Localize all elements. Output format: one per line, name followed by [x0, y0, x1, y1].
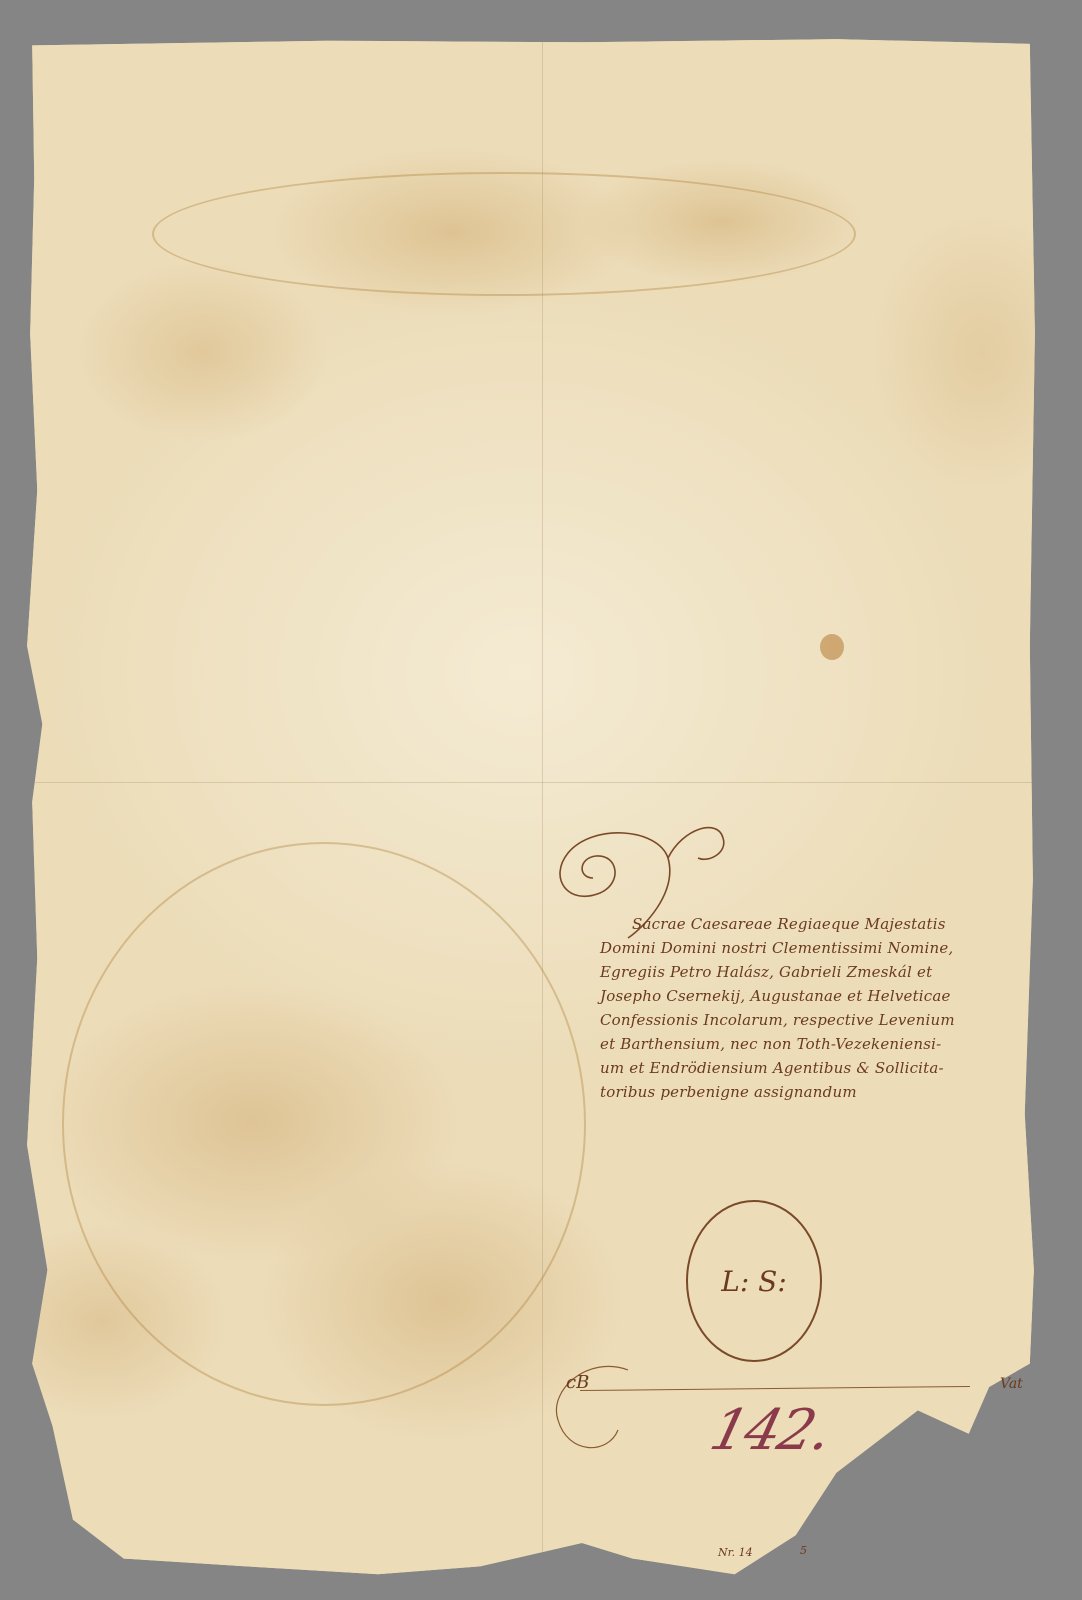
address-line: um et Endrödiensium Agentibus & Sollicit… [600, 1056, 1040, 1080]
corner-note: 5 [800, 1544, 807, 1557]
address-line: Domini Domini nostri Clementissimi Nomin… [600, 936, 1040, 960]
address-line: Confessionis Incolarum, respective Leven… [600, 1008, 1040, 1032]
document-sheet [22, 22, 1040, 1582]
seal-text: L: S: [721, 1265, 787, 1298]
seal-oval: L: S: [686, 1200, 822, 1362]
address-line: Egregiis Petro Halász, Gabrieli Zmeskál … [600, 960, 1040, 984]
bottom-edge-note: Nr. 14 [718, 1546, 753, 1559]
archive-number: 142. [704, 1398, 837, 1463]
ink-stain-spot [820, 634, 844, 660]
address-line: toribus perbenigne assignandum [600, 1080, 1040, 1104]
address-block: Sacrae Caesareae Regiaeque Majestatis Do… [600, 912, 1040, 1104]
signature-loop-icon [548, 1360, 638, 1460]
water-stain-top [152, 172, 856, 296]
horizontal-fold-crease [22, 782, 1040, 783]
address-line: Sacrae Caesareae Regiaeque Majestatis [600, 912, 1040, 936]
water-stain-bottom-left [62, 842, 586, 1406]
signature-left-mark: cB [566, 1372, 589, 1393]
address-line: Josepho Csernekij, Augustanae et Helveti… [600, 984, 1040, 1008]
address-line: et Barthensium, nec non Toth-Vezekeniens… [600, 1032, 1040, 1056]
signature-right-mark: Vat [1000, 1376, 1023, 1392]
